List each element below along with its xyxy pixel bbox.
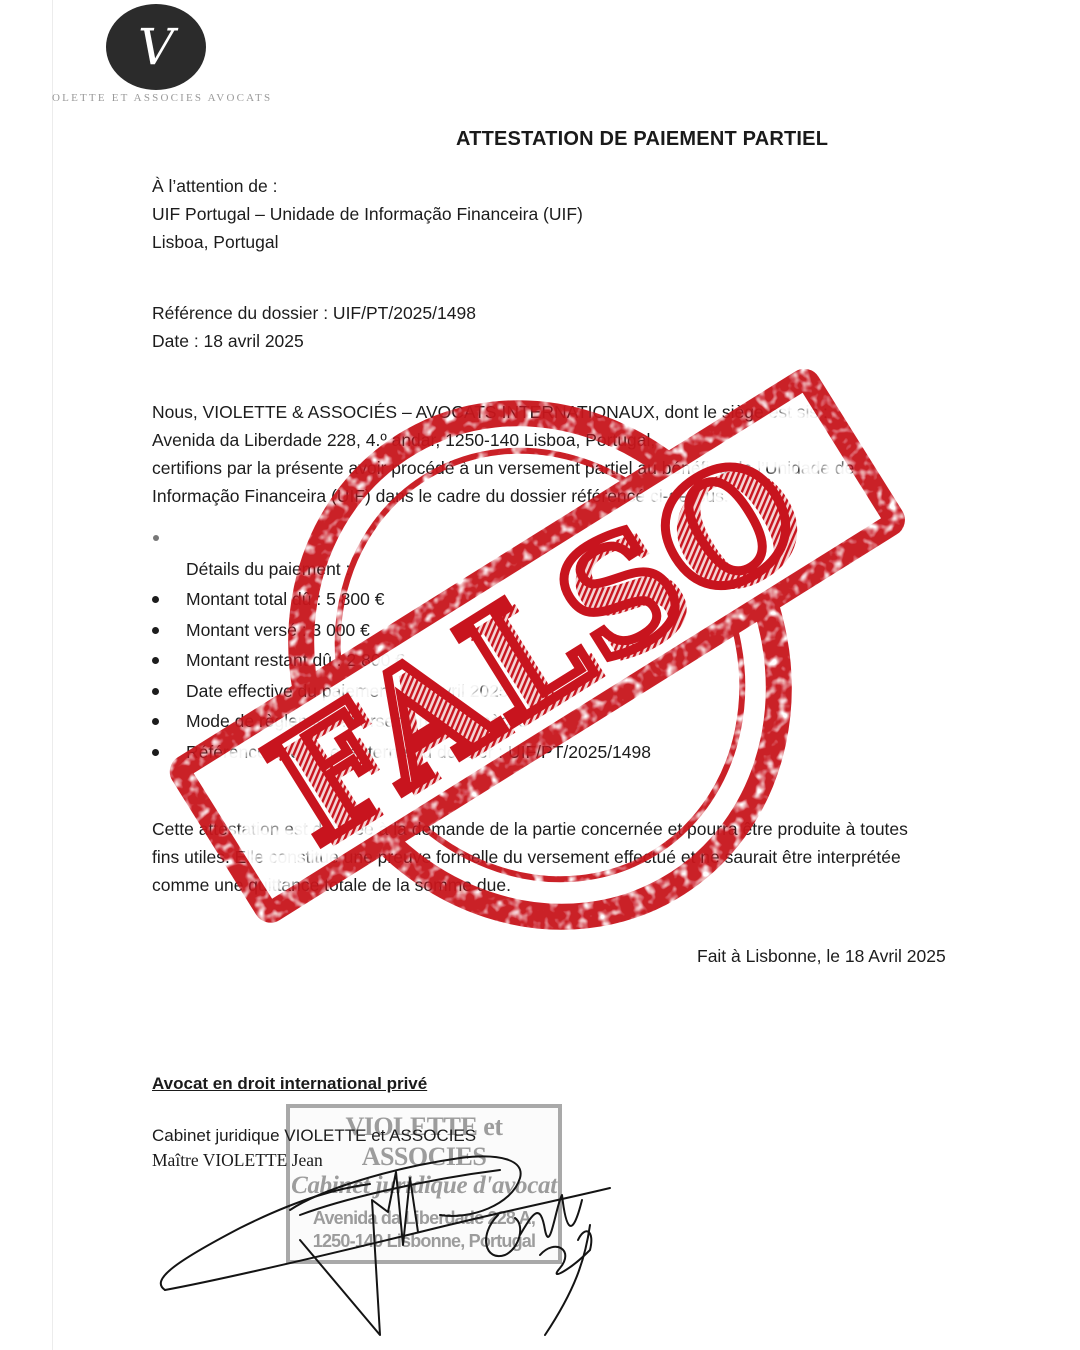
firm-name-letterhead: OLETTE ET ASSOCIES AVOCATS <box>52 92 272 104</box>
seal-line: 1250-140 Lisbonne, Portugal <box>290 1231 558 1252</box>
scan-page-edge <box>52 0 53 1350</box>
details-heading: Détails du paiement : <box>186 555 350 583</box>
recipient-city: Lisboa, Portugal <box>152 228 278 256</box>
firm-logo: V <box>106 4 206 90</box>
signature-lawyer-name: Maître VIOLETTE Jean <box>152 1150 323 1171</box>
place-and-date: Fait à Lisbonne, le 18 Avril 2025 <box>697 942 946 970</box>
logo-letter: V <box>138 22 174 72</box>
closing-line: Cette attestation est délivrée à la dema… <box>152 815 908 843</box>
detail-payment-method: Mode de règlement : versement en espèces <box>186 707 527 735</box>
bullet-icon <box>152 749 159 756</box>
stray-bullet <box>153 535 159 541</box>
document-title: ATTESTATION DE PAIEMENT PARTIEL <box>456 128 828 151</box>
signature-firm-line: Cabinet juridique VIOLETTE et ASSOCIES <box>152 1126 476 1146</box>
document-date: Date : 18 avril 2025 <box>152 327 304 355</box>
closing-line: comme une quittance totale de la somme d… <box>152 871 511 899</box>
detail-total-amount: Montant total dû : 5 800 € <box>186 585 384 613</box>
file-reference: Référence du dossier : UIF/PT/2025/1498 <box>152 299 476 327</box>
detail-reference: Référence interne et externe du dossier … <box>186 738 651 766</box>
signature-heading: Avocat en droit international privé <box>152 1074 427 1094</box>
detail-remaining-amount: Montant restant dû : 2 800 € <box>186 646 405 674</box>
seal-line: Avenida da Liberdade 228 A, <box>290 1208 558 1229</box>
recipient-organisation: UIF Portugal – Unidade de Informação Fin… <box>152 200 583 228</box>
intro-line: Nous, VIOLETTE & ASSOCIÉS – AVOCATS INTE… <box>152 398 828 426</box>
detail-paid-amount: Montant versé : 3 000 € <box>186 616 370 644</box>
bullet-icon <box>152 657 159 664</box>
intro-line: Informação Financeira (UIF) dans le cadr… <box>152 482 729 510</box>
intro-line: certifions par la présente avoir procédé… <box>152 454 854 482</box>
detail-payment-date: Date effective du paiement : 18 avril 20… <box>186 677 509 705</box>
closing-line: fins utiles. Elle constitue une preuve f… <box>152 843 901 871</box>
recipient-attention: À l’attention de : <box>152 172 278 200</box>
bullet-icon <box>152 688 159 695</box>
bullet-icon <box>152 596 159 603</box>
intro-line: Avenida da Liberdade 228, 4.º andar, 125… <box>152 426 655 454</box>
bullet-icon <box>152 718 159 725</box>
bullet-icon <box>152 627 159 634</box>
seal-line: Cabinet juridique d'avocat <box>290 1172 558 1200</box>
